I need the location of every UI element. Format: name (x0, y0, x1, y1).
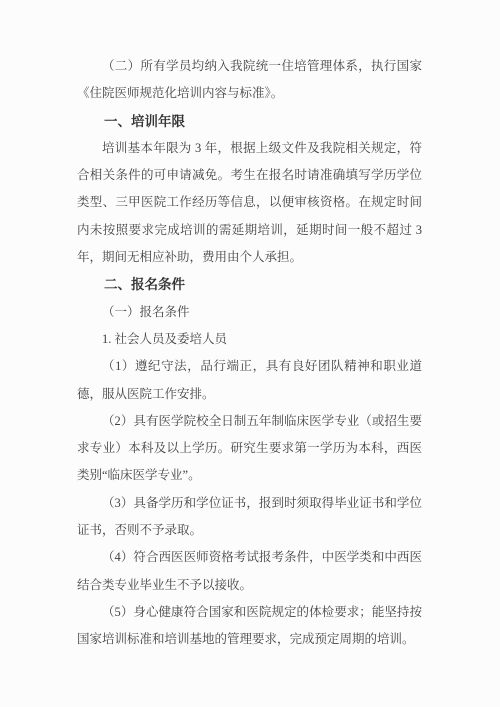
para-condition-3: （3）具备学历和学位证书，报到时须取得毕业证书和学位证书，否则不予录取。 (77, 490, 422, 545)
document-page: （二）所有学员均纳入我院统一住培管理体系，执行国家《住院医师规范化培训内容与标准… (0, 0, 500, 707)
para-personnel-category: 1. 社会人员及委培人员 (77, 326, 422, 353)
para-trainee-management: （二）所有学员均纳入我院统一住培管理体系，执行国家《住院医师规范化培训内容与标准… (77, 53, 422, 108)
heading-application-conditions: 二、报名条件 (77, 271, 422, 298)
para-condition-4: （4）符合西医医师资格考试报考条件，中医学类和中西医结合类专业毕业生不予以接收。 (77, 544, 422, 599)
para-condition-1: （1）遵纪守法，品行端正，具有良好团队精神和职业道德，服从医院工作安排。 (77, 353, 422, 408)
para-condition-2: （2）具有医学院校全日制五年制临床医学专业（或招生要求专业）本科及以上学历。研究… (77, 408, 422, 490)
para-condition-5: （5）身心健康符合国家和医院规定的体检要求；能坚持按国家培训标准和培训基地的管理… (77, 599, 422, 654)
heading-training-period: 一、培训年限 (77, 108, 422, 135)
para-training-period-details: 培训基本年限为 3 年，根据上级文件及我院相关规定，符合相关条件的可申请减免。考… (77, 135, 422, 271)
para-application-conditions-sub: （一）报名条件 (77, 299, 422, 326)
